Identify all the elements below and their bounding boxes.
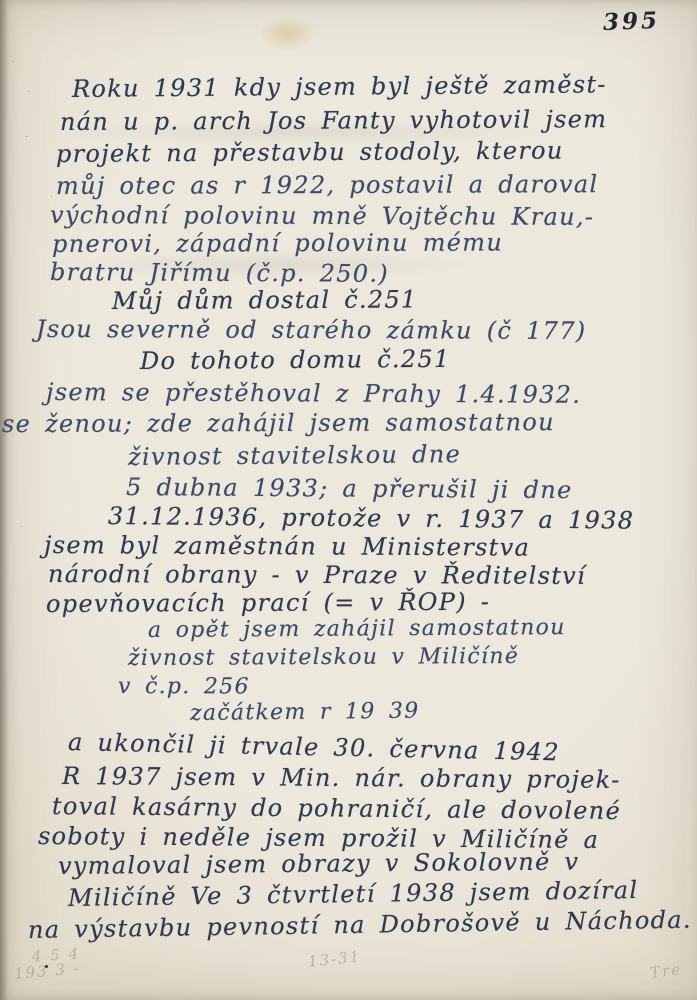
handwritten-line: se ženou; zde zahájil jsem samostatnou: [2, 408, 555, 438]
handwritten-line: národní obrany - v Praze v Ředitelství: [48, 560, 586, 590]
page-number: 395: [603, 7, 661, 36]
scan-edge-shadow: [0, 0, 8, 1000]
handwritten-line: nán u p. arch Jos Fanty vyhotovil jsem: [60, 105, 607, 136]
handwritten-line: projekt na přestavbu stodoly, kterou: [56, 136, 564, 168]
handwritten-line: a opět jsem zahájil samostatnou: [148, 615, 566, 643]
handwritten-line: můj otec as r 1922, postavil a daroval: [56, 170, 599, 200]
handwritten-line: Můj dům dostal č.251: [112, 285, 418, 315]
pencil-annotation: 193 3 -: [13, 959, 81, 983]
handwritten-line: na výstavbu pevností na Dobrošově u Nách…: [28, 906, 692, 944]
handwritten-line: východní polovinu mně Vojtěchu Krau,-: [50, 201, 594, 231]
handwritten-line: toval kasárny do pohraničí, ale dovolené: [52, 792, 621, 825]
handwritten-line: pnerovi, západní polovinu mému: [52, 228, 503, 258]
handwritten-line: začátkem r 19 39: [190, 699, 420, 726]
pencil-annotation: Tre: [649, 960, 683, 982]
ink-speck: [45, 965, 48, 968]
handwritten-line: v č.p. 256: [118, 674, 250, 699]
pencil-annotation: 13-31: [307, 947, 362, 970]
handwritten-line: opevňovacích prací (= v ŘOP) -: [46, 588, 490, 618]
handwritten-line: jsem se přestěhoval z Prahy 1.4.1932.: [46, 378, 581, 409]
handwritten-line: vymaloval jsem obrazy v Sokolovně v: [58, 847, 580, 880]
manuscript-page: 395 Roku 1931 kdy jsem byl ještě zaměst-…: [0, 0, 697, 1000]
handwritten-line: jsem byl zaměstnán u Ministerstva: [44, 531, 530, 562]
handwritten-line: 31.12.1936, protože v r. 1937 a 1938: [108, 502, 635, 535]
handwritten-line: a ukončil ji trvale 30. června 1942: [68, 728, 560, 766]
handwritten-line: Jsou severně od starého zámku (č 177): [36, 315, 587, 345]
handwritten-line: R 1937 jsem v Min. nár. obrany projek-: [62, 762, 621, 794]
handwritten-line: živnost stavitelskou dne: [128, 440, 461, 471]
handwritten-line: bratru Jiřímu (č.p. 250.): [50, 258, 389, 288]
handwritten-line: 5 dubna 1933; a přerušil ji dne: [126, 473, 573, 504]
handwritten-line: Do tohoto domu č.251: [140, 345, 451, 375]
handwritten-line: živnost stavitelskou v Miličíně: [128, 644, 519, 671]
handwritten-line: Miličíně Ve 3 čtvrtletí 1938 jsem dozíra…: [68, 876, 639, 912]
handwritten-line: Roku 1931 kdy jsem byl ještě zaměst-: [72, 70, 607, 103]
